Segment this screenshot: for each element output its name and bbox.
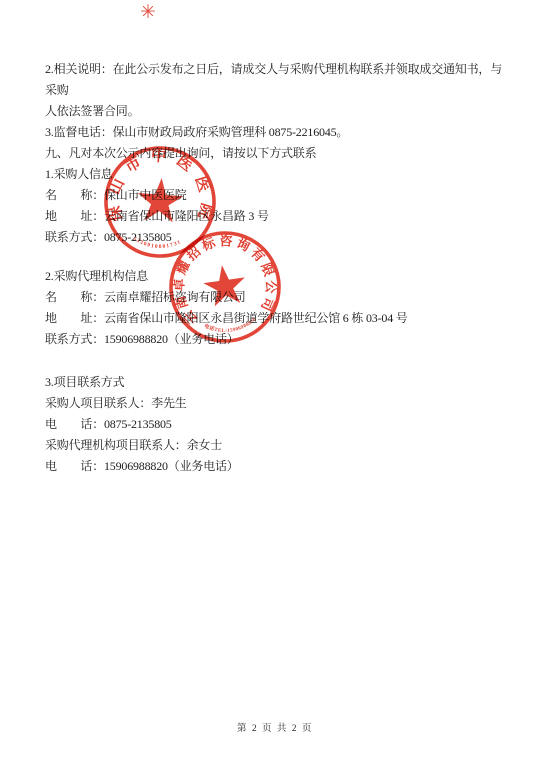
buyer-address-line: 地 址：云南省保山市隆阳区永昌路 3 号: [45, 206, 513, 227]
agency-address-line: 地 址：云南省保山市隆阳区永昌街道学府路世纪公馆 6 栋 03-04 号: [45, 308, 513, 329]
buyer-info-heading: 1.采购人信息: [45, 164, 513, 185]
note-line-2: 人依法签署合同。: [45, 101, 513, 122]
agency-contact-line: 联系方式：15906988820（业务电话）: [45, 329, 513, 350]
supervision-phone-line: 3.监督电话：保山市财政局政府采购管理科 0875-2216045。: [45, 122, 513, 143]
agency-project-phone-line: 电 话：15906988820（业务电话）: [45, 456, 513, 477]
agency-info-heading: 2.采购代理机构信息: [45, 266, 513, 287]
document-body: 2.相关说明：在此公示发布之日后，请成交人与采购代理机构联系并领取成交通知书，与…: [45, 59, 513, 477]
buyer-project-contact-line: 采购人项目联系人：李先生: [45, 393, 513, 414]
project-contact-heading: 3.项目联系方式: [45, 372, 513, 393]
stamp-star-mark: ✳: [140, 3, 156, 22]
note-line-1: 2.相关说明：在此公示发布之日后，请成交人与采购代理机构联系并领取成交通知书，与…: [45, 59, 513, 101]
buyer-contact-line: 联系方式：0875-2135805: [45, 227, 513, 248]
page-number-footer: 第 2 页 共 2 页: [0, 720, 550, 734]
agency-name-line: 名 称：云南卓耀招标咨询有限公司: [45, 287, 513, 308]
section-nine-heading: 九、凡对本次公示内容提出询问，请按以下方式联系: [45, 143, 513, 164]
agency-project-contact-line: 采购代理机构项目联系人：余女士: [45, 435, 513, 456]
document-page: ✳ 2.相关说明：在此公示发布之日后，请成交人与采购代理机构联系并领取成交通知书…: [0, 0, 550, 780]
buyer-project-phone-line: 电 话：0875-2135805: [45, 414, 513, 435]
buyer-name-line: 名 称：保山市中医医院: [45, 185, 513, 206]
